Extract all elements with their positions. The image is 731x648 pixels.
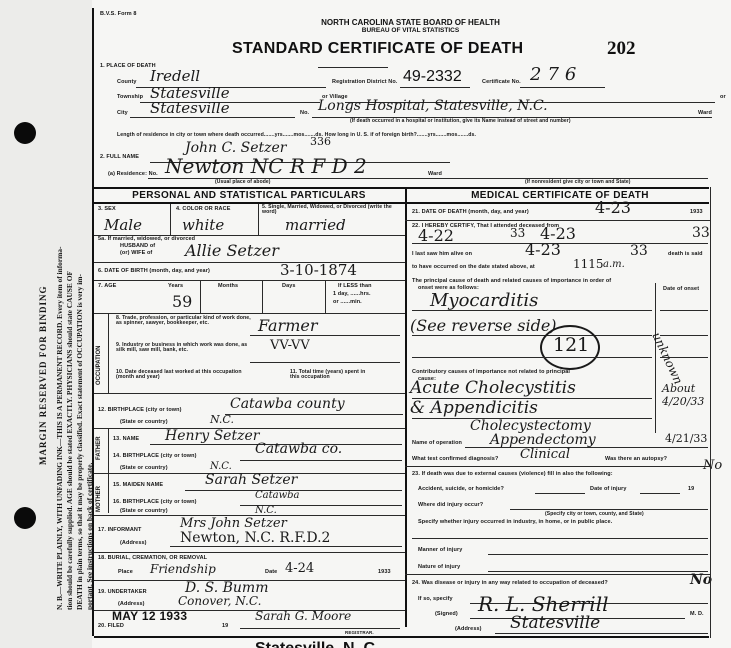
section-divider-top [94,187,709,189]
birthplace-state-label: (State or country) [120,420,168,426]
father-side-label: FATHER [96,436,102,460]
cause-line-1 [412,310,652,311]
nature-label: Nature of injury [418,565,460,571]
spouse-label-2: HUSBAND of [120,244,155,250]
township-label: Township [117,95,143,101]
certificate-label: Certificate No. [482,80,521,86]
trade-label: 8. Trade, profession, or particular kind… [116,316,256,327]
operation-line [465,447,708,448]
marital-label: 5. Single, Married, Widowed, or Divorced… [262,205,402,216]
city-line [130,117,295,118]
operation-date-value: 4/21/33 [665,432,707,445]
dob-value: 3-10-1874 [280,261,357,279]
board-title: NORTH CAROLINA STATE BOARD OF HEALTH [0,18,731,27]
registrar-label: REGISTRAR. [345,631,374,636]
attended-from-year: 33 [510,226,525,240]
occupation-side-divider [108,313,109,393]
last-saw-label: I last saw him alive on [412,252,472,258]
last-worked-label: 10. Date deceased last worked at this oc… [116,370,246,381]
full-name-label: 2. FULL NAME [100,155,139,161]
or-label: or [720,95,726,101]
undertaker-address-value: Conover, N.C. [178,594,261,608]
registrar-signature: Sarah G. Moore [255,609,351,623]
onset-line-2 [660,335,708,336]
row-divider-dob [94,280,405,281]
place-of-death-label: 1. PLACE OF DEATH [100,64,156,70]
burial-place-value: Friendship [150,562,216,576]
parents-side-divider [108,428,109,513]
ward-label: Ward [698,111,712,117]
binding-note: MARGIN RESERVED FOR BINDING [38,286,48,465]
informant-value: Mrs John Setzer [180,516,287,531]
circled-code-value: 121 [553,334,589,356]
mother-state-label: (State or country) [120,509,168,515]
attended-to-year: 33 [692,225,710,241]
birthplace-line [225,414,403,415]
days-less-divider [325,280,326,313]
where-line [510,509,708,510]
months-label: Months [218,284,238,290]
form-id: B.V.S. Form 8 [100,12,137,18]
birthplace-value: Catawba county [230,396,345,412]
filed-label: 20. FILED [98,624,124,630]
burial-date-label: Date [265,570,277,576]
years-months-divider [200,280,201,313]
reg-district-value: 49-2332 [403,68,462,86]
column-divider [405,187,407,627]
where-label: Where did injury occur? [418,503,483,509]
father-name-label: 13. NAME [113,437,139,443]
burial-date-value: 4-24 [285,561,314,576]
mother-bp-value: Catawba [255,490,300,501]
filed-19: 19 [222,624,228,630]
row-divider-spouse [94,262,405,263]
accident-line [535,493,585,494]
trade-line [250,335,400,336]
sex-label: 3. SEX [98,207,116,213]
spouse-label-3: (or) WIFE of [120,251,152,257]
informant-label: 17. INFORMANT [98,528,141,534]
race-marital-divider [258,204,259,235]
contributory-2-value: & Appendicitis [410,398,538,418]
sex-race-divider [170,204,171,235]
city-value: Statesville [150,99,230,117]
industry-line [250,362,400,363]
full-name-annotation: 336 [310,135,331,148]
row-divider-informant [94,552,405,553]
operation-label: Name of operation [412,441,462,447]
race-label: 4. COLOR OR RACE [176,207,230,213]
contributory-1-value: Acute Cholecystitis [410,378,576,398]
cause-2-value: (See reverse side) [410,316,557,335]
manner-label: Manner of injury [418,548,462,554]
county-value: Iredell [150,67,200,85]
row-divider-age [94,313,405,314]
manner-line [488,554,708,555]
father-name-value: Henry Setzer [165,428,259,444]
certificate-line [520,87,605,88]
injury-19: 19 [688,487,694,493]
burial-place-label: Place [118,570,133,576]
form-bottom-border [94,636,709,638]
days-label: Days [282,284,296,290]
row-divider-dod [405,220,710,221]
no-label: No. [300,111,309,117]
last-saw-year: 33 [630,243,648,259]
instructions-line-2: tion should be carefully supplied. AGE s… [65,271,74,610]
occupation-question-label: 24. Was disease or injury in any way rel… [412,581,608,587]
onset-line-1 [660,310,708,311]
cause-line-2 [412,335,652,336]
contributory-label-1: Contributory causes of importance not re… [412,370,570,376]
father-bp-line [240,460,402,461]
occupation-side-label: OCCUPATION [96,346,102,385]
cause-line-3 [412,357,652,358]
accident-label: Accident, suicide, or homicide? [418,487,504,493]
mother-name-label: 15. MAIDEN NAME [113,483,163,489]
reg-district-label: Registration District No. [332,80,397,86]
autopsy-label: Was there an autopsy? [605,457,667,463]
hospital-note: (If death occurred in a hospital or inst… [350,119,571,124]
binding-margin: MARGIN RESERVED FOR BINDING N. B.—WRITE … [0,0,92,648]
physician-address-value: Statesville [510,613,600,633]
contrib-onset-divider [655,378,656,433]
less-label-1: If LESS than [338,284,372,290]
residence-label: (a) Residence: No. [108,172,158,178]
hospital-value: Longs Hospital, Statesville, N.C. [318,98,548,114]
onset-column-divider [655,283,656,378]
abode-note: (Usual place of abode) [215,180,271,185]
industry-label: 9. Industry or business in which work wa… [116,343,256,354]
residence-ward-label: Ward [428,172,442,178]
mother-bp-label: 16. BIRTHPLACE (city or town) [113,500,197,506]
if-so-label: If so, specify [418,597,453,603]
district-overline [318,67,388,68]
nonresident-note: (If nonresident give city or town and St… [525,180,631,185]
binding-hole-top [14,122,36,144]
burial-label: 18. BURIAL, CREMATION, OR REMOVAL [98,556,207,562]
row-divider-injury [405,574,710,575]
signed-label: (Signed) [435,612,458,618]
informant-address-label: (Address) [120,541,147,547]
birthplace-label: 12. BIRTHPLACE (city or town) [98,408,182,414]
marital-value: married [285,216,346,234]
county-label: County [117,80,137,86]
certificate-title: STANDARD CERTIFICATE OF DEATH [232,40,523,58]
onset-label: Date of onset [663,287,699,293]
undertaker-address-label: (Address) [118,602,145,608]
dod-label: 21. DATE OF DEATH (month, day, and year) [412,210,529,216]
burial-year-value: 1933 [378,570,391,576]
instructions-line-3: DEATH in plain terms, so that it may be … [75,274,84,610]
form-left-border [92,8,94,636]
father-state-value: N.C. [210,461,232,472]
time-suffix: a.m. [603,259,625,270]
spouse-label-1: 5a. If married, widowed, or divorced [98,237,195,243]
death-certificate: MARGIN RESERVED FOR BINDING N. B.—WRITE … [0,0,731,648]
form-right-border [710,187,711,638]
medical-section-title: MEDICAL CERTIFICATE OF DEATH [410,190,710,201]
operation-line-2-value: Appendectomy [490,432,596,448]
footer-text: Statesville, N. C. [255,638,380,648]
occupation-question-value: No [690,572,712,588]
father-state-label: (State or country) [120,466,168,472]
row-divider-diagnosis [405,466,710,467]
md-label: M. D. [690,612,704,618]
bureau-title: BUREAU OF VITAL STATISTICS [0,27,731,34]
sex-value: Male [104,216,142,234]
undertaker-label: 19. UNDERTAKER [98,590,147,596]
occurred-label: to have occurred on the date stated abov… [412,265,535,271]
specify-label: Specify whether injury occurred in indus… [418,520,612,526]
binding-hole-bottom [14,507,36,529]
age-years-value: 59 [172,292,192,311]
principal-label-1: The principal cause of death and related… [412,279,611,285]
registrar-line [240,628,400,629]
total-time-label: 11. Total time (years) spent in this occ… [290,370,370,381]
instructions-line-1: N. B.—WRITE PLAINLY, WITH UNFADING INK—T… [55,247,64,610]
personal-section-title: PERSONAL AND STATISTICAL PARTICULARS [94,190,404,201]
city-label: City [117,111,128,117]
stamp-number: 202 [607,38,636,60]
specify-line [412,538,708,539]
father-bp-label: 14. BIRTHPLACE (city or town) [113,454,197,460]
cause-1-value: Myocarditis [430,290,538,311]
filed-date-stamp: MAY 12 1933 [112,609,187,623]
dob-label: 6. DATE OF BIRTH (month, day, and year) [98,269,210,275]
dod-year-value: 1933 [690,210,703,216]
row-divider-occupation [94,393,405,394]
age-label: 7. AGE [98,284,116,290]
dod-value: 4-23 [595,198,631,217]
external-label: 23. If death was due to external causes … [412,472,613,478]
certificate-value: 276 [530,64,582,85]
address-line [495,633,708,634]
mother-side-label: MOTHER [96,486,102,512]
last-saw-value: 4-23 [525,240,561,259]
residence-length: Length of residence in city or town wher… [117,133,476,138]
race-value: white [182,216,224,234]
nature-line [488,571,708,572]
death-said-label: death is said [668,252,703,258]
father-bp-value: Catawba co. [255,441,342,457]
spouse-value: Allie Setzer [185,241,279,260]
mother-name-value: Sarah Setzer [205,472,297,488]
injury-date-line [640,493,680,494]
injury-date-label: Date of injury [590,487,627,493]
confirmed-value: Clinical [520,447,570,462]
trade-value: Farmer [258,316,318,335]
confirmed-label: What test confirmed diagnosis? [412,457,498,463]
informant-address-value: Newton, N.C. R.F.D.2 [180,530,330,546]
time-value: 1115 [573,257,604,271]
contributory-onset-value: About 4/20/33 [662,382,722,408]
physician-address-label: (Address) [455,627,482,633]
informant-line [170,546,402,547]
less-label-3: or ......min. [333,300,362,306]
birthplace-state-value: N.C. [210,413,234,426]
industry-value: VV-VV [270,338,310,353]
years-label: Years [168,284,183,290]
residence-value: Newton NC R F D 2 [165,154,367,178]
where-note: (Specify city or town, county, and State… [545,512,644,517]
less-label-2: 1 day, ......hrs. [333,292,371,298]
months-days-divider [262,280,263,313]
district-line [400,87,470,88]
